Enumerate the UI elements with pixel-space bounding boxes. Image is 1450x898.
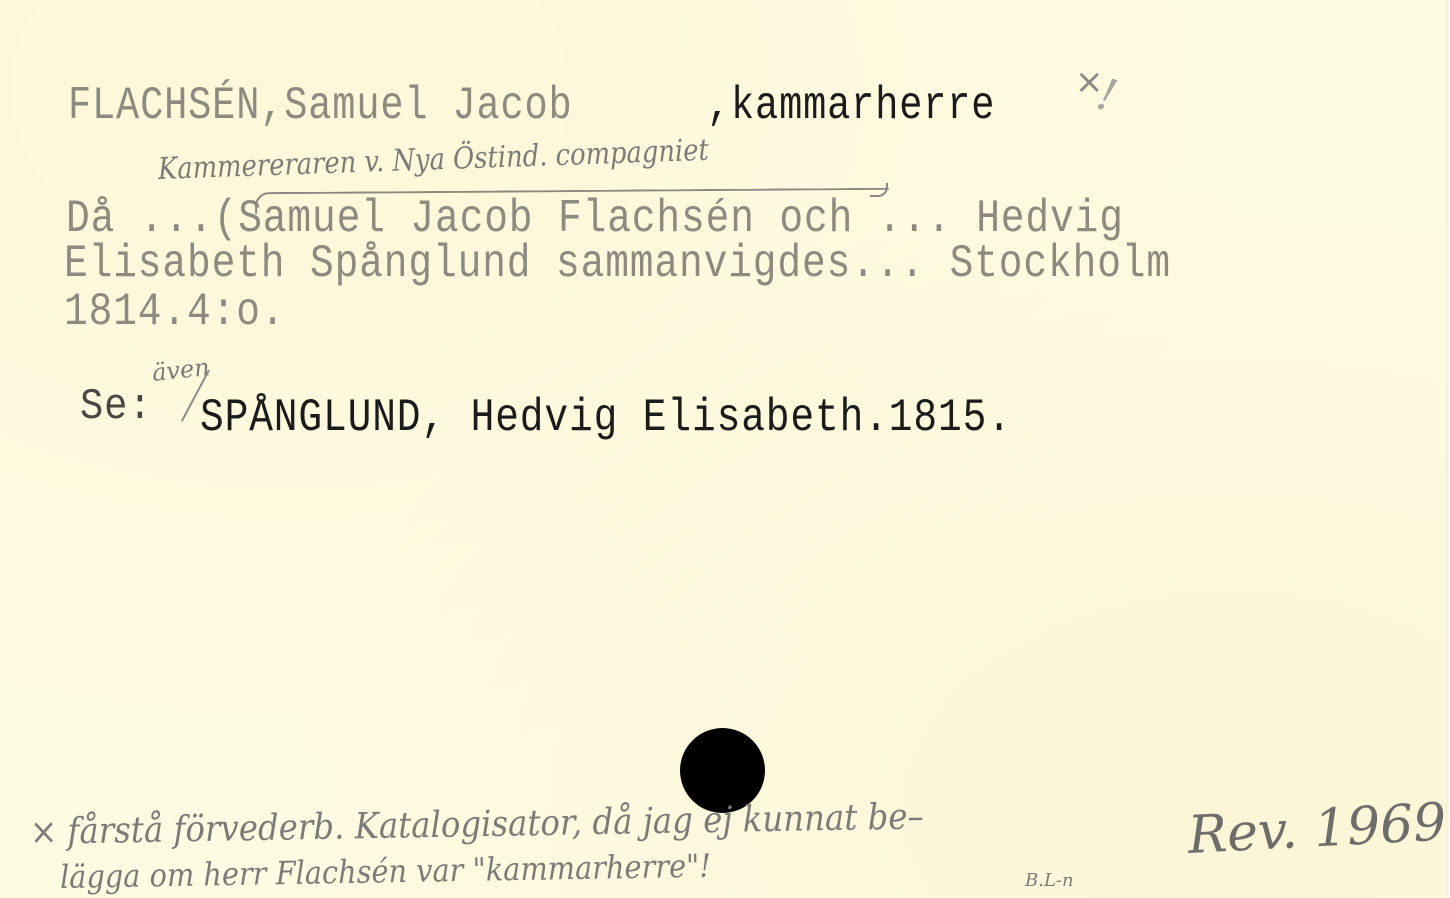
handwritten-revision-note: Rev. 1969 [1186,793,1447,866]
handwritten-footnote-line: × fårstå förvederb. Katalogisator, då ja… [30,796,924,853]
body-text-line: 1814.4:o. [64,286,285,338]
heading-name: FLACHSÉN,Samuel Jacob [68,80,573,132]
cross-reference-entry: SPÅNGLUND, Hedvig Elisabeth.1815. [200,392,1012,444]
cross-reference-label: Se: [80,382,152,432]
handwritten-footnote-line: lägga om herr Flachsén var "kammarherre"… [60,847,712,896]
heading-title: ,kammarherre [707,80,995,132]
body-text-line: Elisabeth Spånglund sammanvigdes... Stoc… [64,238,1171,290]
index-card: FLACHSÉN,Samuel Jacob ,kammarherre × ! K… [0,0,1450,898]
handwritten-initials: B.L-n [1025,870,1074,891]
handwritten-profession-insert: Kammereraren v. Nya Östind. compagniet [157,133,709,187]
